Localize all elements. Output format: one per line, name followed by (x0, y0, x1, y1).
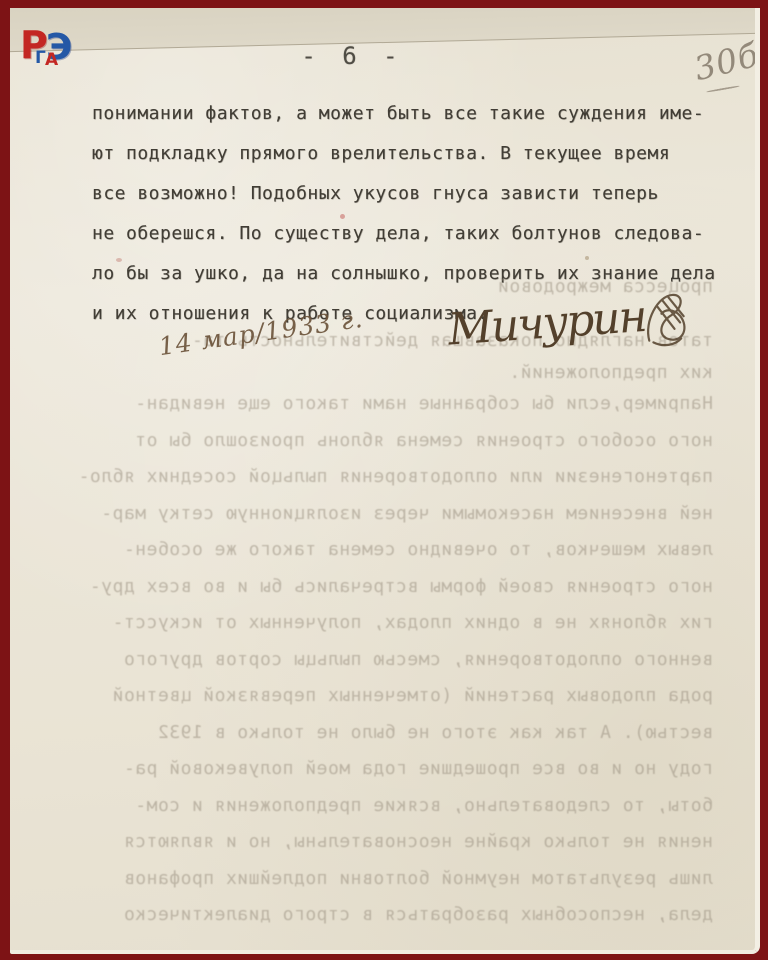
bleedthrough-line: боты, то следовательно, всякие предполож… (65, 788, 713, 825)
bleedthrough-line: левых мешечков, то очевидно семена таког… (65, 532, 713, 569)
bleedthrough-line: партеногенезии или оплодотворения пыльцо… (65, 459, 713, 496)
signature-flourish (638, 287, 698, 349)
bleedthrough-line: дела, неспособных разобраться в строго д… (65, 897, 713, 934)
bleedthrough-line: лишь результатом неумной болтовни подлей… (65, 861, 713, 898)
typed-line: все возможно! Подобных укусов гнуса зави… (92, 174, 722, 214)
typed-line: не оберешся. По существу дела, таких бол… (92, 214, 722, 254)
bleedthrough-line: ного особого строения семена яблонь прои… (65, 423, 713, 460)
paper-speck (116, 258, 122, 262)
typed-line: ют подкладку прямого врелительства. В те… (92, 134, 722, 174)
bleedthrough-line: ного строения своей формы встречались бы… (65, 569, 713, 606)
page-number: - 6 - (10, 42, 695, 70)
bleedthrough-line: вестью). А так как этого не было не толь… (65, 715, 713, 752)
bleedthrough-line: году но и во все прошедшие года моей пол… (65, 751, 713, 788)
bleedthrough-line: ких предположений. (65, 362, 713, 383)
bleedthrough-line: ней внесением насекомыми через изоляцион… (65, 496, 713, 533)
paper-speck (340, 214, 345, 219)
paper-speck (585, 256, 589, 260)
folio-pencil-note: 30б (690, 35, 760, 89)
bleedthrough-line: гих яблонях не в одних плодах, полученны… (65, 605, 713, 642)
bleedthrough-line: рода плодовых растений (отмеченных перев… (65, 678, 713, 715)
scanned-archive-page: Р Э Г А - 6 - 30б понимании фактов, а мо… (0, 0, 768, 960)
bleedthrough-line: венного оплодотворения, смесью пыльцы со… (65, 642, 713, 679)
bleedthrough-line: Например,если бы собранные нами такого е… (65, 386, 713, 423)
bleedthrough-text-block: Например,если бы собранные нами такого е… (65, 386, 713, 934)
typed-line: понимании фактов, а может быть все такие… (92, 94, 722, 134)
folio-underline-stroke (706, 85, 740, 93)
paper-sheet: Р Э Г А - 6 - 30б понимании фактов, а мо… (10, 8, 760, 954)
bleedthrough-line: нения не только крайне неосновательны, н… (65, 824, 713, 861)
